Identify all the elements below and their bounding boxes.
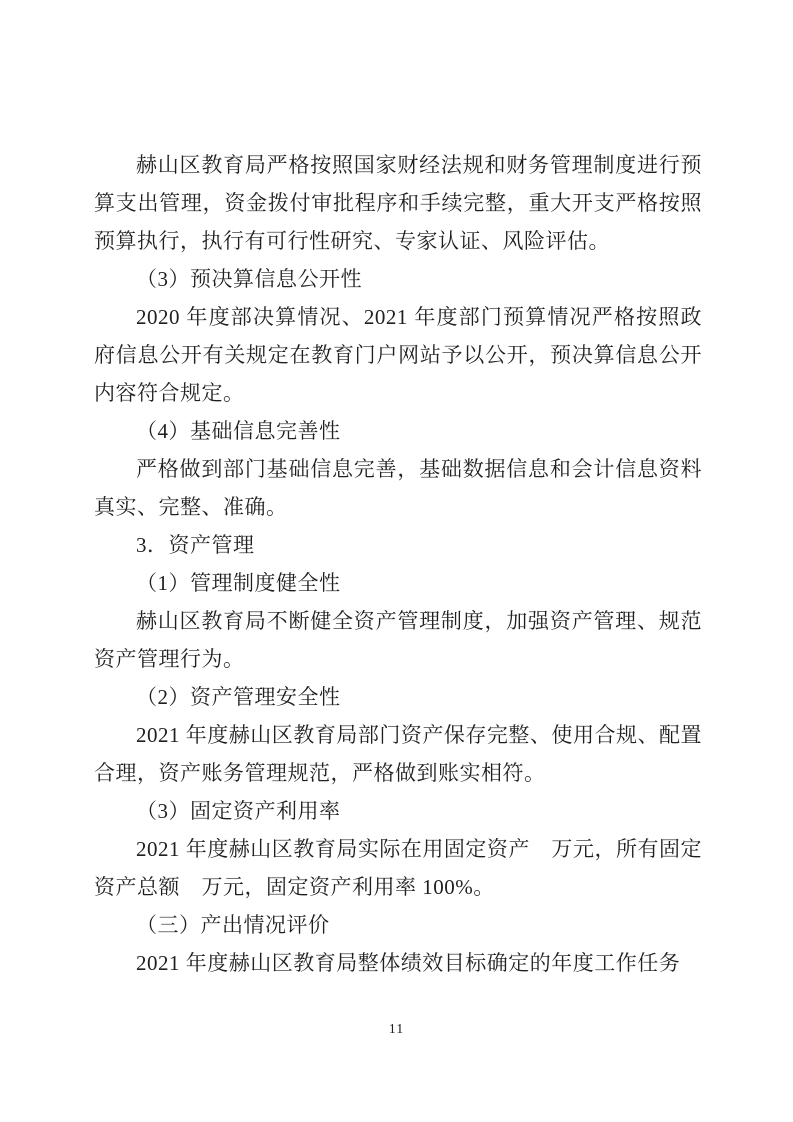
body-paragraph: 2021 年度赫山区教育局部门资产保存完整、使用合规、配置合理，资产账务管理规范… (94, 716, 702, 792)
body-paragraph: 2020 年度部决算情况、2021 年度部门预算情况严格按照政府信息公开有关规定… (94, 298, 702, 412)
body-paragraph: 2021 年度赫山区教育局整体绩效目标确定的年度工作任务 (94, 944, 702, 982)
section-heading-output-evaluation: （三）产出情况评价 (94, 906, 702, 944)
body-paragraph: 赫山区教育局不断健全资产管理制度，加强资产管理、规范资产管理行为。 (94, 602, 702, 678)
page-number: 11 (0, 1022, 793, 1038)
numbered-heading-asset-management: 3．资产管理 (94, 526, 702, 564)
document-page: 赫山区教育局严格按照国家财经法规和财务管理制度进行预算支出管理，资金拨付审批程序… (0, 0, 793, 1122)
body-paragraph: 2021 年度赫山区教育局实际在用固定资产 万元，所有固定资产总额 万元，固定资… (94, 830, 702, 906)
subsection-heading-management-system: （1）管理制度健全性 (94, 564, 702, 602)
subsection-heading-fixed-asset-utilization: （3）固定资产利用率 (94, 792, 702, 830)
subsection-heading-basic-info: （4）基础信息完善性 (94, 412, 702, 450)
body-paragraph: 赫山区教育局严格按照国家财经法规和财务管理制度进行预算支出管理，资金拨付审批程序… (94, 146, 702, 260)
document-body: 赫山区教育局严格按照国家财经法规和财务管理制度进行预算支出管理，资金拨付审批程序… (94, 146, 702, 982)
subsection-heading-budget-disclosure: （3）预决算信息公开性 (94, 260, 702, 298)
body-paragraph: 严格做到部门基础信息完善，基础数据信息和会计信息资料真实、完整、准确。 (94, 450, 702, 526)
subsection-heading-asset-safety: （2）资产管理安全性 (94, 678, 702, 716)
